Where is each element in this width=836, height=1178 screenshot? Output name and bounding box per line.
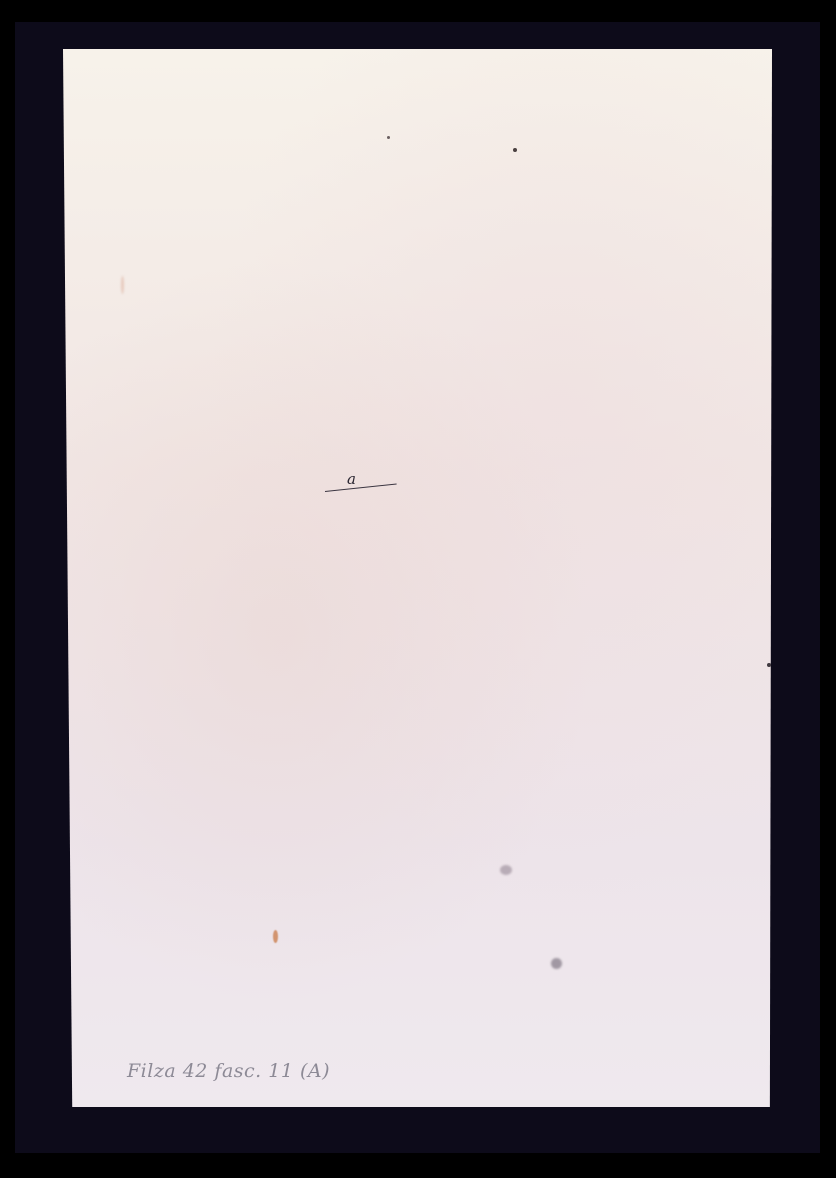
- pencil-archive-reference: Filza 42 fasc. 11 (A): [127, 1060, 330, 1082]
- paper-speck: [387, 136, 390, 139]
- rust-stain: [273, 930, 278, 943]
- paper-stain: [121, 276, 124, 294]
- handwritten-letter-mark: a: [347, 472, 356, 487]
- paper-speck: [513, 148, 517, 152]
- paper-stain: [500, 865, 512, 875]
- paper-speck: [767, 663, 771, 667]
- paper-stain: [551, 958, 562, 969]
- paper-sheet: [63, 49, 772, 1107]
